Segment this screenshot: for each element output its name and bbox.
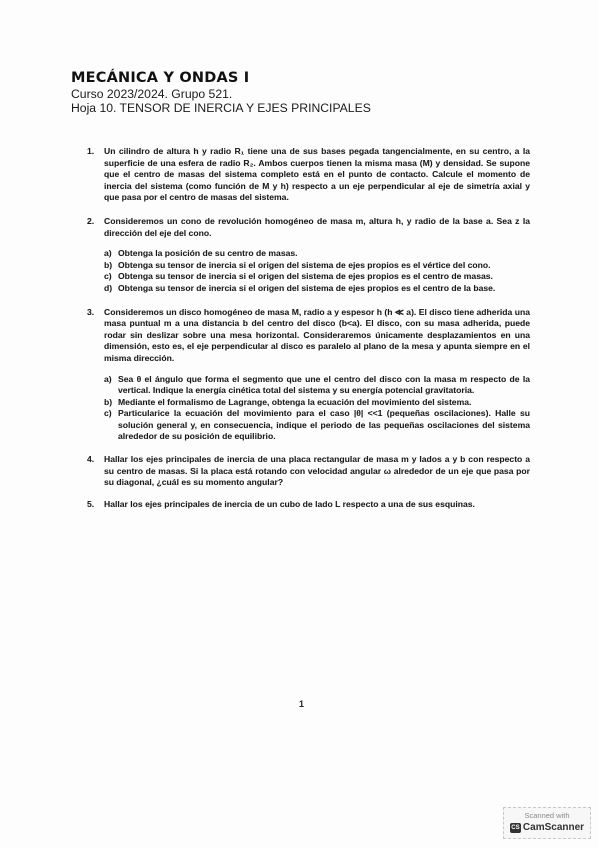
problem-number: 2. <box>87 216 104 295</box>
camscanner-logo-icon: CS <box>510 823 521 833</box>
subitem-label: d) <box>104 283 118 295</box>
watermark-caption: Scanned with <box>504 811 590 820</box>
subitem-label: b) <box>104 397 118 409</box>
problem-text: Consideremos un disco homogéneo de masa … <box>104 307 530 365</box>
subitem-c: c) Obtenga su tensor de inercia si el or… <box>104 271 530 283</box>
subitem-text: Obtenga su tensor de inercia si el orige… <box>118 271 530 283</box>
problem-number: 1. <box>87 146 104 204</box>
subitem-text: Obtenga su tensor de inercia si el orige… <box>118 260 530 272</box>
subitem-text: Obtenga su tensor de inercia si el orige… <box>118 283 530 295</box>
problem-2: 2. Consideremos un cono de revolución ho… <box>87 216 530 295</box>
subitem-a: a) Obtenga la posición de su centro de m… <box>104 248 530 260</box>
problem-number: 4. <box>87 454 104 489</box>
subitem-label: b) <box>104 260 118 272</box>
course-line: Curso 2023/2024. Grupo 521. <box>71 87 371 101</box>
problem-list: 1. Un cilindro de altura h y radio R₁ ti… <box>87 146 530 519</box>
subitem-c: c) Particularice la ecuación del movimie… <box>104 408 530 443</box>
subitem-label: a) <box>104 248 118 260</box>
subitem-b: b) Mediante el formalismo de Lagrange, o… <box>104 397 530 409</box>
document-header: MECÁNICA Y ONDAS I Curso 2023/2024. Grup… <box>71 70 371 115</box>
subitem-text: Particularice la ecuación del movimiento… <box>118 408 530 443</box>
camscanner-watermark: Scanned with CS CamScanner <box>503 807 591 839</box>
problem-1: 1. Un cilindro de altura h y radio R₁ ti… <box>87 146 530 204</box>
subitem-a: a) Sea θ el ángulo que forma el segmento… <box>104 374 530 397</box>
subitem-list: a) Sea θ el ángulo que forma el segmento… <box>104 374 530 444</box>
document-title: MECÁNICA Y ONDAS I <box>71 70 371 87</box>
scanned-page: MECÁNICA Y ONDAS I Curso 2023/2024. Grup… <box>0 0 599 848</box>
subitem-label: c) <box>104 271 118 283</box>
problem-number: 5. <box>87 499 104 511</box>
subitem-label: c) <box>104 408 118 443</box>
page-number: 1 <box>299 699 304 709</box>
subitem-list: a) Obtenga la posición de su centro de m… <box>104 248 530 294</box>
subitem-label: a) <box>104 374 118 397</box>
subitem-text: Mediante el formalismo de Lagrange, obte… <box>118 397 530 409</box>
problem-text: Hallar los ejes principales de inercia d… <box>104 499 530 511</box>
problem-4: 4. Hallar los ejes principales de inerci… <box>87 454 530 489</box>
subitem-d: d) Obtenga su tensor de inercia si el or… <box>104 283 530 295</box>
problem-text: Hallar los ejes principales de inercia d… <box>104 454 530 489</box>
problem-3: 3. Consideremos un disco homogéneo de ma… <box>87 307 530 444</box>
subitem-text: Sea θ el ángulo que forma el segmento qu… <box>118 374 530 397</box>
watermark-brand: CamScanner <box>523 822 584 833</box>
problem-5: 5. Hallar los ejes principales de inerci… <box>87 499 530 511</box>
problem-text: Consideremos un cono de revolución homog… <box>104 216 530 239</box>
sheet-title: Hoja 10. TENSOR DE INERCIA Y EJES PRINCI… <box>71 101 371 115</box>
problem-text: Un cilindro de altura h y radio R₁ tiene… <box>104 146 530 204</box>
problem-number: 3. <box>87 307 104 444</box>
subitem-b: b) Obtenga su tensor de inercia si el or… <box>104 260 530 272</box>
subitem-text: Obtenga la posición de su centro de masa… <box>118 248 530 260</box>
